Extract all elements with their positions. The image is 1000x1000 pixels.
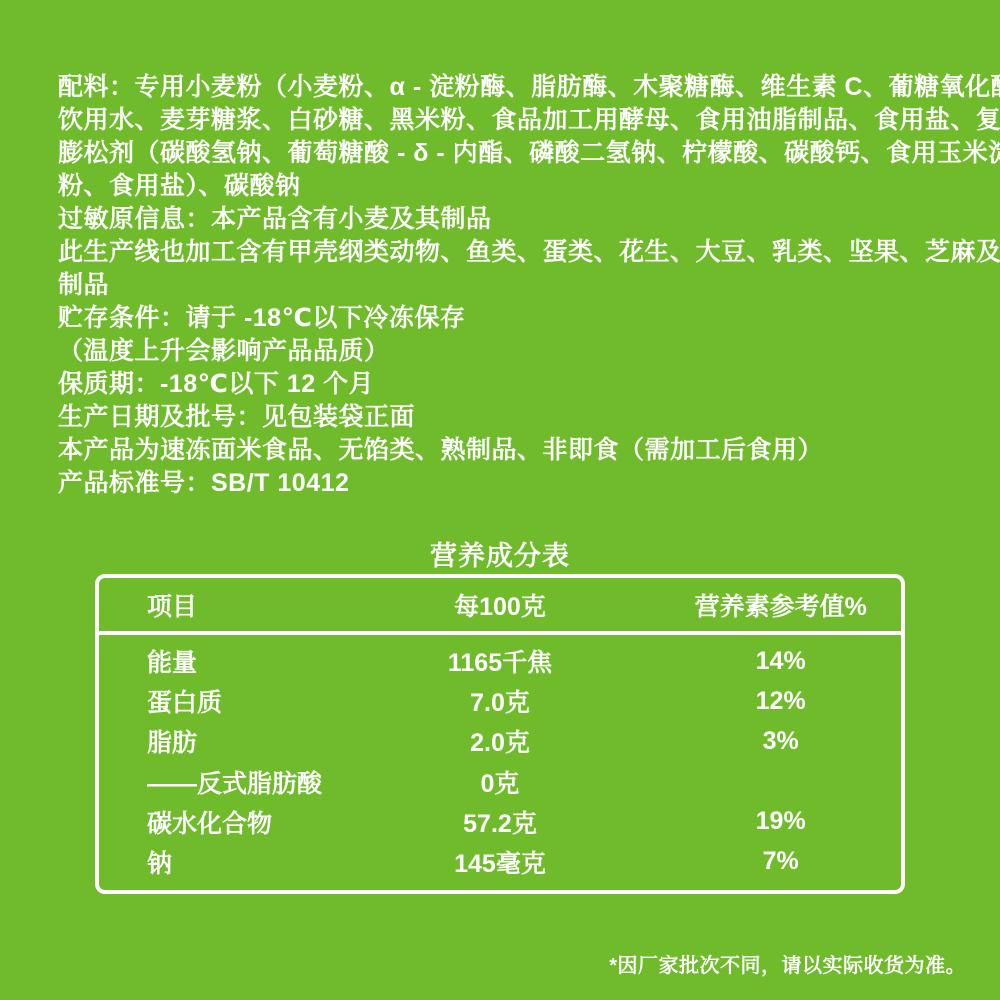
storage-condition-line: 贮存条件：请于 -18℃以下冷冻保存 (58, 302, 950, 335)
product-info-text: 配料：专用小麦粉（小麦粉、α - 淀粉酶、脂肪酶、木聚糖酶、维生素 C、葡糖氧化… (58, 71, 950, 500)
row-nrv-value: 12% (660, 687, 901, 716)
row-nrv-value: 14% (660, 647, 901, 676)
header-per100g-column: 每100克 (340, 587, 661, 623)
table-row-protein: 蛋白质 7.0克 12% (99, 681, 901, 721)
allergen-info-line: 制品 (58, 269, 950, 302)
table-row-trans-fat: ——反式脂肪酸 0克 (99, 762, 901, 802)
row-nrv-value: 3% (660, 727, 901, 756)
product-category-line: 本产品为速冻面米食品、无馅类、熟制品、非即食（需加工后食用） (58, 434, 950, 467)
table-row-energy: 能量 1165千焦 14% (99, 641, 901, 681)
row-item-label: 蛋白质 (99, 683, 340, 719)
table-row-sodium: 钠 145毫克 7% (99, 842, 901, 882)
row-per100g-value: 0克 (340, 764, 661, 800)
row-item-label: ——反式脂肪酸 (99, 764, 340, 800)
product-standard-line: 产品标准号：SB/T 10412 (58, 467, 950, 500)
row-nrv-value: 7% (660, 847, 901, 876)
row-nrv-value: 19% (660, 807, 901, 836)
production-date-line: 生产日期及批号：见包装袋正面 (58, 401, 950, 434)
row-item-label: 钠 (99, 844, 340, 880)
ingredients-line: 膨松剂（碳酸氢钠、葡萄糖酸 - δ - 内酯、磷酸二氢钠、柠檬酸、碳酸钙、食用玉… (58, 137, 950, 170)
row-item-label: 脂肪 (99, 723, 340, 759)
nutrition-table-title: 营养成分表 (0, 534, 1000, 573)
ingredients-line: 粉、食用盐）、碳酸钠 (58, 170, 950, 203)
nutrition-table-header: 项目 每100克 营养素参考值% (99, 578, 901, 635)
shelf-life-line: 保质期：-18℃以下 12 个月 (58, 368, 950, 401)
table-row-carbohydrate: 碳水化合物 57.2克 19% (99, 802, 901, 842)
allergen-info-line: 过敏原信息：本产品含有小麦及其制品 (58, 203, 950, 236)
product-label: 配料：专用小麦粉（小麦粉、α - 淀粉酶、脂肪酶、木聚糖酶、维生素 C、葡糖氧化… (0, 0, 1000, 1000)
row-item-label: 能量 (99, 643, 340, 679)
ingredients-line: 饮用水、麦芽糖浆、白砂糖、黑米粉、食品加工用酵母、食用油脂制品、食用盐、复配 (58, 104, 950, 137)
ingredients-line: 配料：专用小麦粉（小麦粉、α - 淀粉酶、脂肪酶、木聚糖酶、维生素 C、葡糖氧化… (58, 71, 950, 104)
row-per100g-value: 1165千焦 (340, 643, 661, 679)
disclaimer-footnote: *因厂家批次不同，请以实际收货为准。 (609, 949, 966, 978)
header-nrv-column: 营养素参考值% (660, 587, 901, 623)
row-item-label: 碳水化合物 (99, 804, 340, 840)
nutrition-table-body: 能量 1165千焦 14% 蛋白质 7.0克 12% 脂肪 2.0克 3% ——… (99, 635, 901, 890)
row-per100g-value: 7.0克 (340, 683, 661, 719)
row-per100g-value: 2.0克 (340, 723, 661, 759)
nutrition-table: 项目 每100克 营养素参考值% 能量 1165千焦 14% 蛋白质 7.0克 … (95, 574, 905, 894)
allergen-info-line: 此生产线也加工含有甲壳纲类动物、鱼类、蛋类、花生、大豆、乳类、坚果、芝麻及其 (58, 236, 950, 269)
storage-condition-line: （温度上升会影响产品品质） (58, 335, 950, 368)
table-row-fat: 脂肪 2.0克 3% (99, 721, 901, 761)
header-item-column: 项目 (99, 587, 340, 623)
row-per100g-value: 57.2克 (340, 804, 661, 840)
row-per100g-value: 145毫克 (340, 844, 661, 880)
